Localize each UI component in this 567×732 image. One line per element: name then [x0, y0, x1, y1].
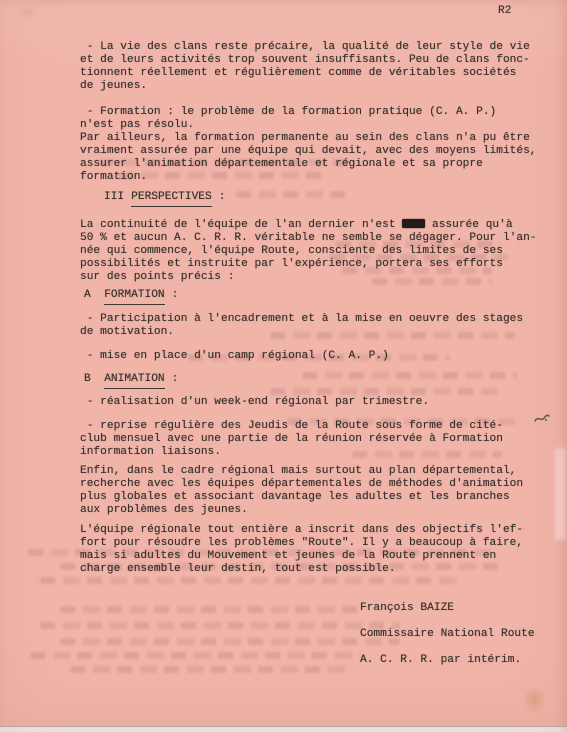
list-item-participation: - Participation à l'encadrement et à la … — [80, 313, 523, 339]
bleed-through-smudge — [70, 666, 350, 673]
heading-word-underlined: PERSPECTIVES — [131, 191, 212, 207]
bleed-through-smudge — [270, 388, 500, 395]
signature-org: A. C. R. R. par intérim. — [360, 654, 521, 667]
pencil-smudge — [18, 7, 38, 18]
signature-role: Commissaire National Route — [360, 628, 535, 641]
signature-name: François BAIZE — [360, 602, 454, 615]
paragraph-continuite: La continuité de l'équipe de l'an dernie… — [80, 219, 537, 284]
list-item-camp-regional: - mise en place d'un camp régional (C. A… — [80, 350, 389, 363]
stain-mark — [520, 683, 549, 716]
section-heading-formation: AFORMATION: — [84, 289, 178, 305]
heading-letter: A — [84, 289, 91, 302]
bleed-through-smudge — [60, 638, 400, 645]
paragraph-equipe-regionale: L'équipe régionale tout entière a inscri… — [80, 524, 523, 576]
bleed-through-smudge — [236, 191, 346, 198]
scan-edge-highlight — [555, 448, 566, 540]
bleed-through-smudge — [40, 622, 400, 629]
heading-colon: : — [172, 289, 179, 302]
scanned-document-page: R2 - La vie des clans reste précaire, la… — [0, 0, 567, 732]
bleed-through-smudge — [60, 606, 360, 613]
paragraph-enfin: Enfin, dans le cadre régional mais surto… — [80, 465, 523, 517]
bleed-through-smudge — [30, 652, 360, 659]
bleed-through-smudge — [302, 372, 517, 379]
bleed-through-smudge — [40, 577, 460, 584]
heading-letter: B — [84, 373, 91, 386]
ink-scribble-mark — [533, 412, 551, 427]
heading-colon: : — [219, 191, 226, 204]
paragraph-formation: - Formation : le problème de la formatio… — [80, 106, 537, 184]
paragraph-clans: - La vie des clans reste précaire, la qu… — [80, 41, 530, 93]
paragraph-continuite-pre: La continuité de l'équipe de l'an dernie… — [80, 219, 402, 231]
heading-colon: : — [172, 373, 179, 386]
heading-word-underlined: FORMATION — [104, 289, 164, 305]
overstrike-redaction — [402, 219, 425, 228]
heading-number: III — [104, 191, 124, 204]
list-item-jeudis: - reprise régulière des Jeudis de la Rou… — [80, 420, 503, 459]
scan-edge — [0, 726, 567, 732]
section-heading-animation: BANIMATION: — [84, 373, 178, 389]
page-number: R2 — [498, 5, 511, 18]
heading-word-underlined: ANIMATION — [104, 373, 164, 389]
list-item-weekend: - réalisation d'un week-end régional par… — [80, 396, 429, 409]
section-heading-perspectives: IIIPERSPECTIVES: — [104, 191, 225, 207]
